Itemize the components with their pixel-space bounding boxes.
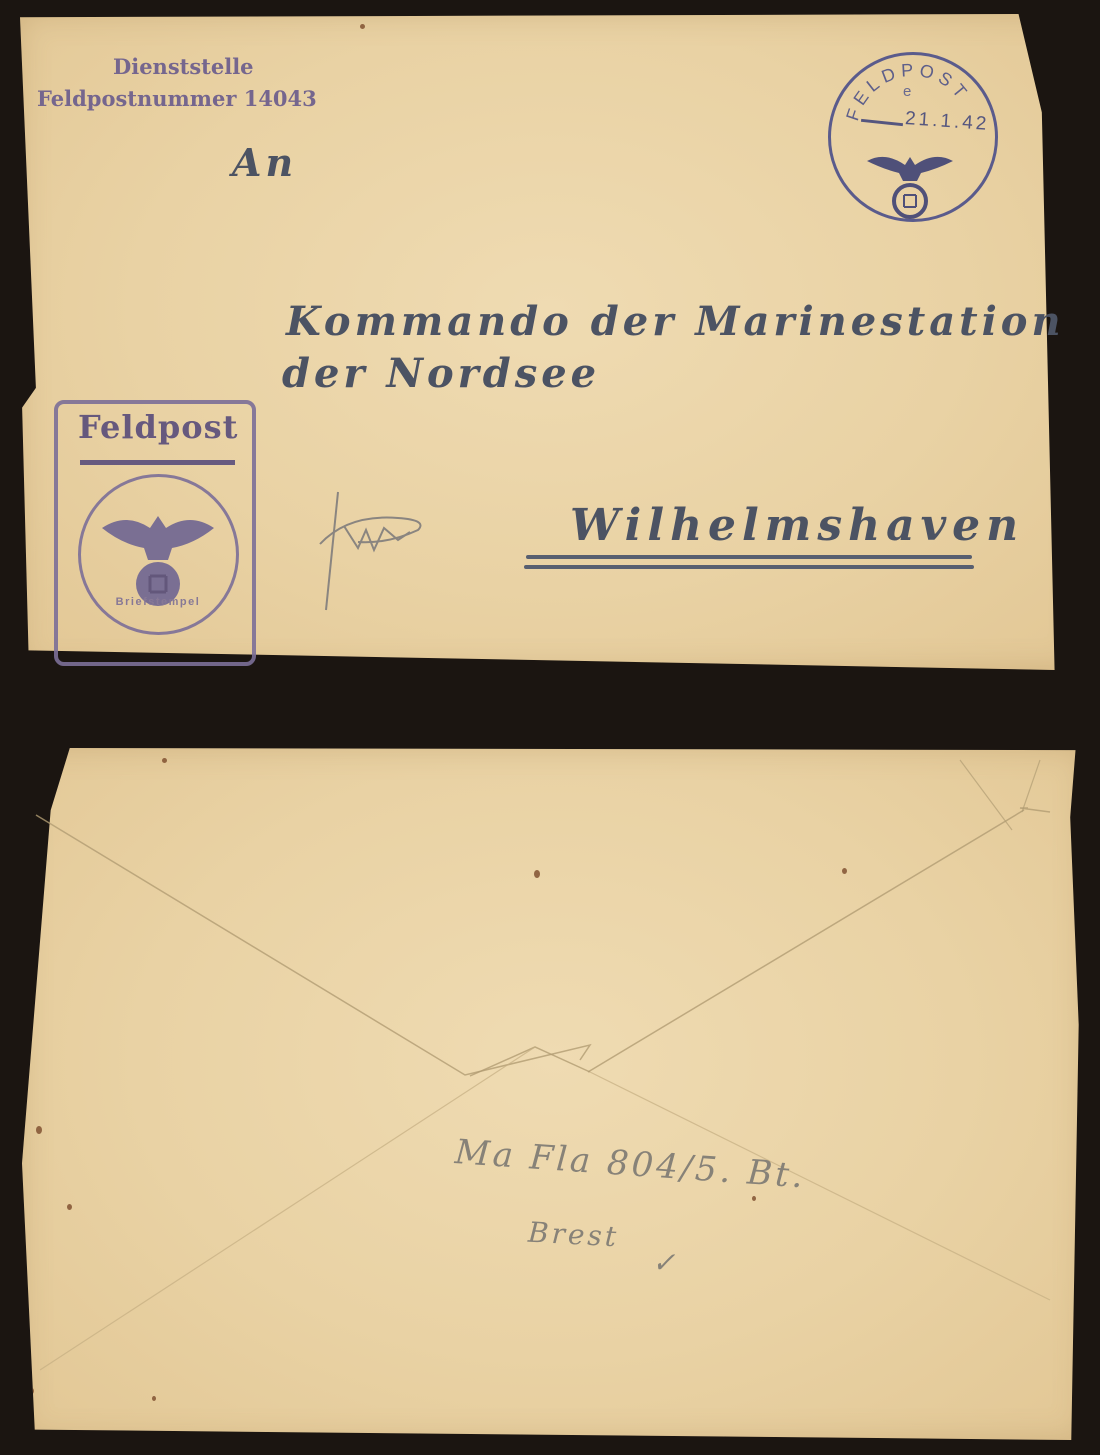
check-mark-icon: ✓	[652, 1246, 678, 1279]
pencil-note-line-2: Brest	[527, 1216, 620, 1254]
